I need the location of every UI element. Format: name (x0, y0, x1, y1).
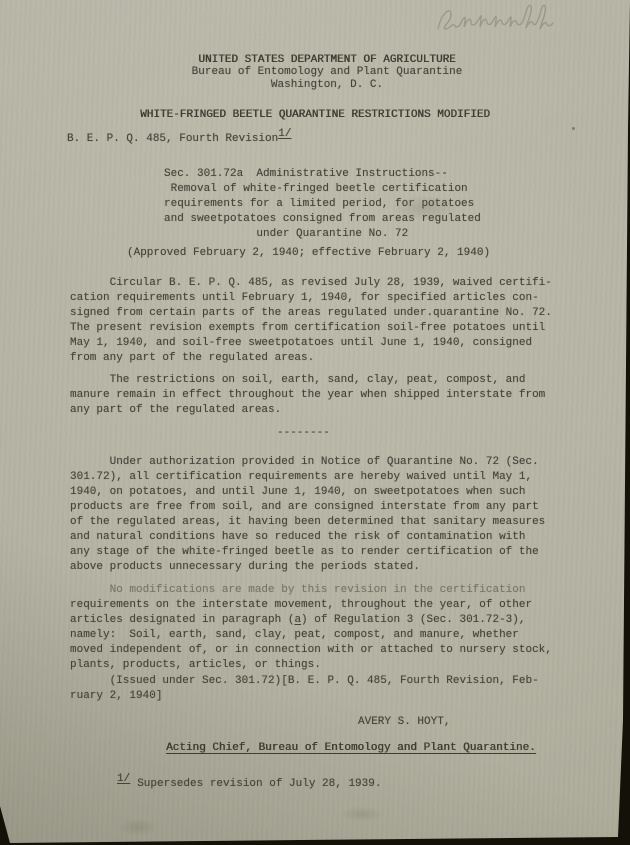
scanned-document-photo: UNITED STATES DEPARTMENT OF AGRICULTURE … (0, 0, 630, 845)
signatory-name: AVERY S. HOYT, (358, 715, 450, 730)
footnote-marker-sup: 1/ (278, 128, 291, 140)
text-line: Under authorization provided in Notice o… (70, 455, 545, 470)
text-line: cation requirements until February 1, 19… (70, 291, 552, 306)
header-city: Washington, D. C. (12, 79, 630, 92)
text-line: namely: Soil, earth, sand, clay, peat, c… (70, 628, 552, 643)
text-line: manure remain in effect throughout the y… (70, 388, 545, 403)
text-line: Circular B. E. P. Q. 485, as revised Jul… (70, 276, 552, 291)
paragraph-5: (Issued under Sec. 301.72)[B. E. P. Q. 4… (70, 674, 539, 704)
paragraph-4-after: namely: Soil, earth, sand, clay, peat, c… (70, 628, 552, 673)
footnote: 1/Supersedes revision of July 28, 1939. (117, 777, 381, 792)
text-line: from any part of the regulated areas. (70, 351, 552, 366)
paragraph-2: The restrictions on soil, earth, sand, c… (70, 373, 545, 418)
paper-stain (118, 818, 158, 836)
signatory-title: Acting Chief, Bureau of Entomology and P… (166, 741, 536, 756)
header-bureau: Bureau of Entomology and Plant Quarantin… (12, 66, 630, 79)
text-line: plants, products, articles, or things. (70, 658, 552, 673)
paragraph-4-line-3: articles designated in paragraph (a) of … (70, 613, 552, 628)
text-line: ruary 2, 1940] (70, 689, 539, 704)
paper-sheet: UNITED STATES DEPARTMENT OF AGRICULTURE … (0, 0, 630, 845)
text-line: Sec. 301.72a Administrative Instructions… (164, 167, 481, 182)
text-line: any part of the regulated areas. (70, 403, 545, 418)
text-line: above products unnecessary during the pe… (70, 560, 545, 575)
paper-stain (340, 806, 384, 822)
text-line: requirements on the interstate movement,… (70, 598, 552, 613)
paper-stain (390, 195, 460, 221)
text-line: 301.72), all certification requirements … (70, 470, 545, 485)
document-number-text: B. E. P. Q. 485, Fourth Revision (67, 133, 278, 145)
text-line: under Quarantine No. 72 (164, 227, 481, 242)
text-line: any stage of the white-fringed beetle as… (70, 545, 545, 560)
text-line: (Issued under Sec. 301.72)[B. E. P. Q. 4… (70, 674, 539, 689)
footnote-text: Supersedes revision of July 28, 1939. (137, 778, 381, 790)
text-line: The present revision exempts from certif… (70, 321, 552, 336)
pencil-signature-icon (428, 2, 588, 38)
text-line: 1940, on potatoes, and until June 1, 194… (70, 485, 545, 500)
section-separator: -------- (277, 426, 330, 441)
text-line: No modifications are made by this revisi… (70, 583, 552, 598)
document-title: WHITE-FRINGED BEETLE QUARANTINE RESTRICT… (0, 108, 630, 123)
text-line: of the regulated areas, it having been d… (70, 515, 545, 530)
text-line: signed from certain parts of the areas r… (70, 306, 552, 321)
paragraph-4-line-3-post: ) of Regulation 3 (Sec. 301.72-3), (301, 614, 525, 626)
text-line: May 1, 1940, and soil-free sweetpotatoes… (70, 336, 552, 351)
paragraph-4: No modifications are made by this revisi… (70, 583, 552, 673)
text-line: moved independent of, or in connection w… (70, 643, 552, 658)
paragraph-1: Circular B. E. P. Q. 485, as revised Jul… (70, 276, 552, 366)
document-number: B. E. P. Q. 485, Fourth Revision1/ (67, 132, 291, 147)
text-line: The restrictions on soil, earth, sand, c… (70, 373, 545, 388)
paragraph-3: Under authorization provided in Notice o… (70, 455, 545, 575)
text-line: products are free from soil, and are con… (70, 500, 545, 515)
paragraph-4-line-3-pre: articles designated in paragraph ( (70, 614, 294, 626)
paper-speck (572, 127, 575, 130)
footnote-marker: 1/ (117, 773, 130, 785)
paragraph-4-before: No modifications are made by this revisi… (70, 583, 552, 613)
approval-line: (Approved February 2, 1940; effective Fe… (127, 246, 490, 261)
text-line: and natural conditions have so reduced t… (70, 530, 545, 545)
